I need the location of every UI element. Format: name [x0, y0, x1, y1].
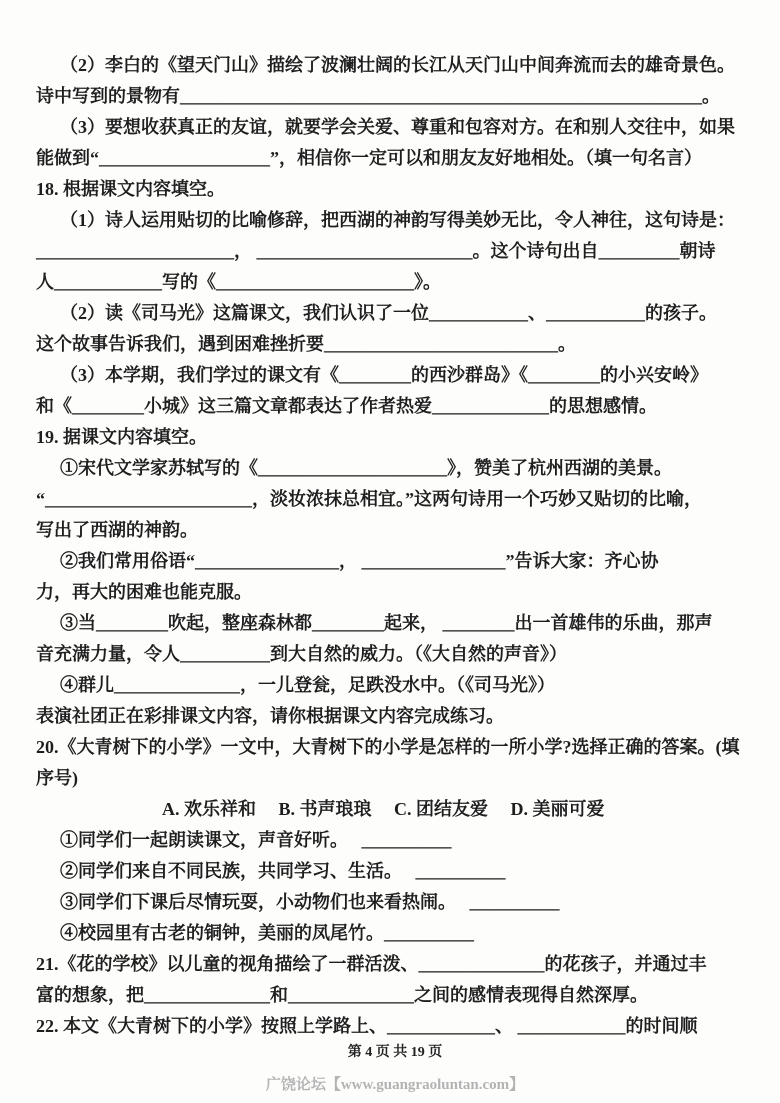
page-number: 第 4 页 共 19 页	[36, 1043, 754, 1063]
text-line: （2）李白的《望天门山》描绘了波澜壮阔的长江从天门山中间奔流而去的雄奇景色。	[36, 50, 754, 81]
text-line: （3）要想收获真正的友谊，就要学会关爱、尊重和包容对方。在和别人交往中，如果	[36, 112, 754, 143]
text-line: ②同学们来自不同民族，共同学习、生活。 __________	[36, 856, 754, 887]
text-line: “_______________________，淡妆浓抹总相宜。”这两句诗用一…	[36, 484, 754, 515]
text-line: ③同学们下课后尽情玩耍，小动物们也来看热闹。 __________	[36, 887, 754, 918]
text-line: 力，再大的困难也能克服。	[36, 577, 754, 608]
text-line: 人____________写的《______________________》。	[36, 267, 754, 298]
text-line: ______________________， ________________…	[36, 236, 754, 267]
question-number-line: 21.《花的学校》以儿童的视角描绘了一群活泼、______________的花孩…	[36, 949, 754, 980]
text-line: 音充满力量，令人__________到大自然的威力。（《大自然的声音》）	[36, 639, 754, 670]
question-number-line: 20.《大青树下的小学》一文中，大青树下的小学是怎样的一所小学?选择正确的答案。…	[36, 732, 754, 763]
text-line: ②我们常用俗语“________________， ______________…	[36, 546, 754, 577]
text-line: （1）诗人运用贴切的比喻修辞，把西湖的神韵写得美妙无比，令人神往，这句诗是：	[36, 205, 754, 236]
answer-options-line: A. 欢乐祥和 B. 书声琅琅 C. 团结友爱 D. 美丽可爱	[36, 794, 754, 825]
text-line: ①同学们一起朗读课文，声音好听。 __________	[36, 825, 754, 856]
text-line: （2）读《司马光》这篇课文，我们认识了一位___________、_______…	[36, 298, 754, 329]
text-line: ③当________吹起，整座森林都________起来， ________出一…	[36, 608, 754, 639]
question-number-line: 19. 据课文内容填空。	[36, 422, 754, 453]
text-line: 富的想象，把______________和______________之间的感情…	[36, 980, 754, 1011]
text-line: 写出了西湖的神韵。	[36, 515, 754, 546]
watermark: 广饶论坛【www.guangraoluntan.com】	[36, 1075, 754, 1095]
text-line: 诗中写到的景物有________________________________…	[36, 81, 754, 112]
text-line: 能做到“___________________”，相信你一定可以和朋友友好地相处…	[36, 143, 754, 174]
text-line: 这个故事告诉我们，遇到困难挫折要________________________…	[36, 329, 754, 360]
text-line: 表演社团正在彩排课文内容，请你根据课文内容完成练习。	[36, 701, 754, 732]
text-line: 序号)	[36, 763, 754, 794]
question-number-line: 22. 本文《大青树下的小学》按照上学路上、____________、 ____…	[36, 1011, 754, 1042]
text-line: ④群儿______________，一儿登瓮，足跌没水中。（《司马光》）	[36, 670, 754, 701]
text-line: 和《________小城》这三篇文章都表达了作者热爱_____________的…	[36, 391, 754, 422]
text-line: （3）本学期，我们学过的课文有《________的西沙群岛》《________的…	[36, 360, 754, 391]
text-line: ①宋代文学家苏轼写的《_____________________》，赞美了杭州西…	[36, 453, 754, 484]
text-line: ④校园里有古老的铜钟，美丽的凤尾竹。__________	[36, 918, 754, 949]
question-number-line: 18. 根据课文内容填空。	[36, 174, 754, 205]
worksheet-page: （2）李白的《望天门山》描绘了波澜壮阔的长江从天门山中间奔流而去的雄奇景色。 诗…	[0, 0, 780, 1103]
